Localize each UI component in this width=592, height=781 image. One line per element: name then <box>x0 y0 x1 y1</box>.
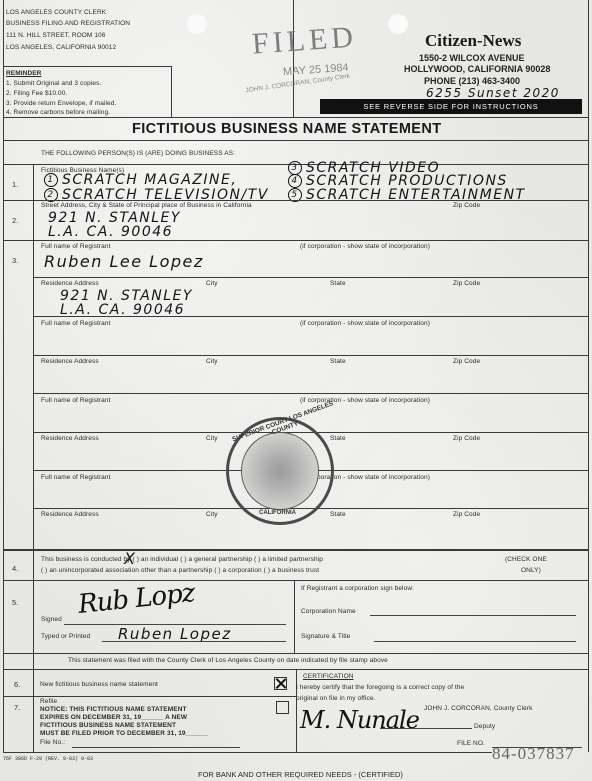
punch-hole <box>187 14 207 34</box>
registrant-signature: Rub Lopz <box>77 578 196 620</box>
certification-line-2: original on file in my office. <box>296 695 375 702</box>
registrant-1-bottom <box>33 316 588 317</box>
registrant-1-state-label: State <box>330 280 346 287</box>
section-4-number: 4. <box>12 564 18 573</box>
punch-hole <box>388 14 408 34</box>
clerk-line-4: LOS ANGELES, CALIFORNIA 90012 <box>6 44 116 51</box>
reminder-top <box>3 66 171 67</box>
file-number-stamp: 84-037837 <box>492 744 575 764</box>
deputy-signature: M. Nunale <box>300 706 419 734</box>
section-67-divider <box>296 669 297 752</box>
section-3-number: 3. <box>12 256 18 265</box>
refile-label: Refile <box>40 698 57 705</box>
publisher-handwritten-note: 6255 Sunset 2020 <box>426 86 560 100</box>
court-seal: SUPERIOR COURT LOS ANGELES COUNTY CALIFO… <box>226 417 334 525</box>
registrant-4-name-label: Full name of Registrant <box>41 474 111 481</box>
typed-printed-label: Typed or Printed <box>41 633 90 640</box>
deputy-label: Deputy <box>474 723 495 730</box>
business-type-line-1: This business is conducted by ( ) an ind… <box>41 556 323 563</box>
principal-address-line-2: L.A. CA. 90046 <box>48 224 173 240</box>
check-one-label: (CHECK ONE <box>505 556 547 563</box>
seal-bottom-text: CALIFORNIA <box>259 510 296 516</box>
corp-name-line[interactable] <box>370 615 576 616</box>
sig-title-line[interactable] <box>374 641 576 642</box>
refile-file-no-label: File No.: <box>40 739 65 746</box>
registrant-3-residence-label: Residence Address <box>41 435 99 442</box>
new-statement-checkbox[interactable] <box>274 677 287 690</box>
registrant-4-city-label: City <box>206 511 218 518</box>
clerk-line-2: BUSINESS FILING AND REGISTRATION <box>6 20 130 27</box>
refile-notice-line-2: EXPIRES ON DECEMBER 31, 19______ A NEW <box>40 714 187 721</box>
reminder-heading: REMINDER <box>6 70 41 77</box>
corp-name-label: Corporation Name <box>301 608 356 615</box>
reminder-item: 2. Filing Fee $10.00. <box>6 90 67 97</box>
registrant-3-city-label: City <box>206 435 218 442</box>
registrant-4-zip-label: Zip Code <box>453 511 480 518</box>
cert-file-no-label: FILE NO. <box>457 740 485 747</box>
registrant-2-zip-label: Zip Code <box>453 358 480 365</box>
filed-notice: This statement was filed with the County… <box>68 657 388 664</box>
certification-clerk: JOHN J. CORCORAN, County Clerk <box>424 705 532 712</box>
new-statement-label: New fictitious business name statement <box>40 681 158 688</box>
reminder-item: 1. Submit Original and 3 copies. <box>6 80 101 87</box>
registrant-2-corp-label: (if corporation - show state of incorpor… <box>300 320 430 327</box>
section-1-number: 1. <box>12 180 18 189</box>
section-2-bottom <box>3 240 588 241</box>
title-top <box>3 117 588 118</box>
certification-heading: CERTIFICATION <box>303 673 354 680</box>
registrant-2-name-bottom <box>33 355 588 356</box>
registrant-4-residence-label: Residence Address <box>41 511 99 518</box>
num-column-divider <box>33 164 34 752</box>
registrant-1-name-label: Full name of Registrant <box>41 243 111 250</box>
registrant-1-residence-label: Residence Address <box>41 280 99 287</box>
certification-line-1: I hereby certify that the foregoing is a… <box>296 684 464 691</box>
registrant-1-city-label: City <box>206 280 218 287</box>
reminder-item: 4. Remove carbons before mailing. <box>6 109 110 116</box>
section-5-bottom <box>3 653 588 654</box>
signed-label: Signed <box>41 616 62 623</box>
publisher-city: HOLLYWOOD, CALIFORNIA 90028 <box>404 64 550 74</box>
clerk-line-3: 111 N. HILL STREET, ROOM 106 <box>6 32 106 39</box>
reminder-right <box>171 66 172 118</box>
registrant-2-name-label: Full name of Registrant <box>41 320 111 327</box>
section-6-bottom <box>3 696 296 697</box>
section-4-bottom <box>3 580 588 581</box>
publisher-address: 1550-2 WILCOX AVENUE <box>419 53 525 63</box>
registrant-2-state-label: State <box>330 358 346 365</box>
registrant-1-corp-label: (if corporation - show state of incorpor… <box>300 243 430 250</box>
principal-address-label: Street Address, City & State of Principa… <box>41 202 252 209</box>
frame-left <box>3 0 4 752</box>
doing-business-as-label: THE FOLLOWING PERSON(S) IS (ARE) DOING B… <box>41 150 235 157</box>
registrant-2-city-label: City <box>206 358 218 365</box>
deputy-line <box>380 728 472 729</box>
section-7-number: 7. <box>14 703 20 712</box>
publisher-phone: PHONE (213) 463-3400 <box>424 76 520 86</box>
reminder-item: 3. Provide return Envelope, if mailed. <box>6 100 116 107</box>
form-code: 76F 386D F-29 (REV. 9-83) 9-83 <box>3 756 93 762</box>
sig-title-label: Signature & Title <box>301 633 350 640</box>
header-divider <box>293 0 294 118</box>
section-5-number: 5. <box>12 598 18 607</box>
refile-notice-line-1: NOTICE: THIS FICTITIOUS NAME STATEMENT <box>40 706 187 713</box>
principal-zip-label: Zip Code <box>453 202 480 209</box>
footer-note: FOR BANK AND OTHER REQUIRED NEEDS - (CER… <box>198 770 403 779</box>
publisher-name: Citizen-News <box>425 31 521 51</box>
registrant-2-residence-label: Residence Address <box>41 358 99 365</box>
individual-check-mark[interactable]: X <box>124 549 136 568</box>
frame-right <box>588 0 589 752</box>
registrant-1-name-bottom <box>33 277 588 278</box>
form-title: FICTITIOUS BUSINESS NAME STATEMENT <box>132 121 442 137</box>
section-1-bottom <box>3 200 588 201</box>
registrant-1-full-name: Ruben Lee Lopez <box>44 252 204 271</box>
business-name-1: 1SCRATCH MAGAZINE, <box>44 172 237 188</box>
form-bottom <box>3 752 492 753</box>
refile-notice-line-3: FICTITIOUS BUSINESS NAME STATEMENT <box>40 722 176 729</box>
document-page: LOS ANGELES COUNTY CLERK BUSINESS FILING… <box>0 0 592 781</box>
registrant-3-state-label: State <box>330 435 346 442</box>
registrant-3-name-label: Full name of Registrant <box>41 397 111 404</box>
instructions-bar: SEE REVERSE SIDE FOR INSTRUCTIONS <box>320 99 582 114</box>
refile-notice-line-4: MUST BE FILED PRIOR TO DECEMBER 31, 19__… <box>40 730 208 737</box>
registrant-3-zip-label: Zip Code <box>453 435 480 442</box>
registrant-2-bottom <box>33 393 588 394</box>
section-3-bottom <box>3 549 588 551</box>
clerk-line-1: LOS ANGELES COUNTY CLERK <box>6 9 106 16</box>
corp-sign-intro: If Registrant a corporation sign below: <box>301 585 414 592</box>
section-6-number: 6. <box>14 680 20 689</box>
filed-stamp: FILED <box>251 20 358 61</box>
registrant-3-corp-label: (if corporation - show state of incorpor… <box>300 397 430 404</box>
typed-printed-name: Ruben Lopez <box>118 625 232 643</box>
business-type-line-2: ( ) an unincorporated association other … <box>41 567 319 574</box>
section-2-number: 2. <box>12 216 18 225</box>
registrant-4-state-label: State <box>330 511 346 518</box>
refile-file-no-line[interactable] <box>72 747 240 748</box>
check-one-only-label: ONLY) <box>521 567 541 574</box>
refile-checkbox[interactable] <box>276 701 289 714</box>
section-5-divider <box>294 580 295 653</box>
title-bottom <box>3 140 588 141</box>
registrant-1-zip-label: Zip Code <box>453 280 480 287</box>
